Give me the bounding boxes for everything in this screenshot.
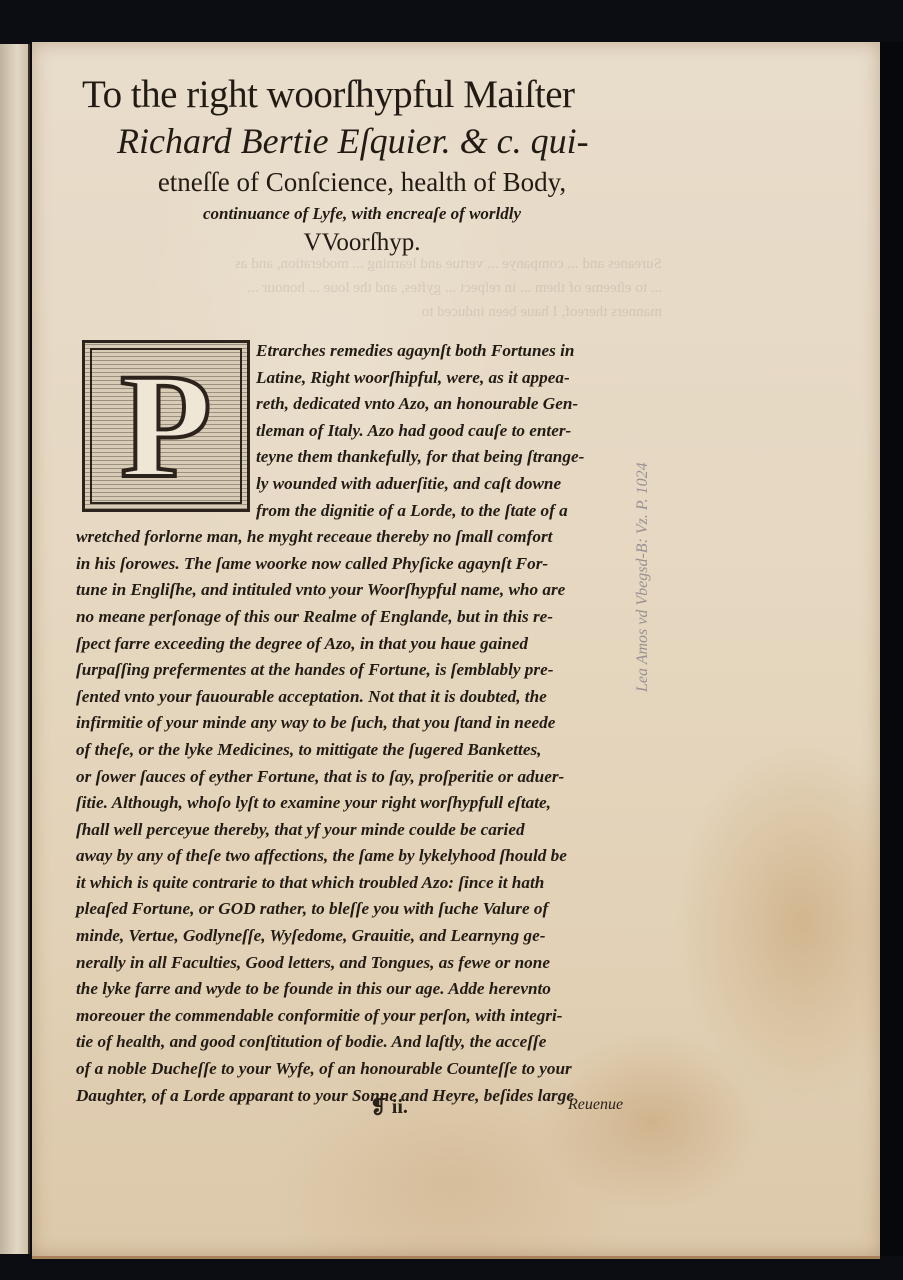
text-line: pleaſed Fortune, or GOD rather, to bleſſ… <box>76 896 636 923</box>
heading-line-4: continuance of Lyfe, with encreaſe of wo… <box>82 200 642 228</box>
text-line: of theſe, or the lyke Medicines, to mitt… <box>76 737 636 764</box>
text-line: teyne them thankefully, for that being ſ… <box>76 444 636 471</box>
text-line: or ſower ſauces of eyther Fortune, that … <box>76 764 636 791</box>
heading-line-1: To the right woorſhypful Maiſter <box>82 72 642 118</box>
show-through-text: Sureanes and ... companye ... vertue and… <box>222 252 662 324</box>
text-line: it which is quite contrarie to that whic… <box>76 870 636 897</box>
text-line: ſhall well perceyue thereby, that yf you… <box>76 817 636 844</box>
background-edge <box>880 42 903 1256</box>
handwritten-margin-annotation: Lea Amos vd Vbegsd-B: Vz. P. 1024 <box>634 222 674 692</box>
heading-line-5: VVoorſhyp. <box>82 228 642 258</box>
text-line: ſented vnto your fauourable acceptation.… <box>76 684 636 711</box>
text-line: the lyke farre and wyde to be founde in … <box>76 976 636 1003</box>
text-line: Latine, Right woorſhipful, were, as it a… <box>76 365 636 392</box>
text-line: moreouer the commendable conformitie of … <box>76 1003 636 1030</box>
text-line: ſurpaſſing prefermentes at the handes of… <box>76 657 636 684</box>
dedication-heading: To the right woorſhypful Maiſter Richard… <box>82 72 642 258</box>
text-line: from the dignitie of a Lorde, to the ſta… <box>76 498 636 525</box>
text-line: ly wounded with aduerſitie, and caſt dow… <box>76 471 636 498</box>
text-line: ſitie. Although, whoſo lyſt to examine y… <box>76 790 636 817</box>
text-line: minde, Vertue, Godlyneſſe, Wyſedome, Gra… <box>76 923 636 950</box>
text-line: no meane perſonage of this our Realme of… <box>76 604 636 631</box>
catchword: Reuenue <box>568 1096 623 1114</box>
text-line: reth, dedicated vnto Azo, an honourable … <box>76 391 636 418</box>
text-line: tie of health, and good conſtitution of … <box>76 1029 636 1056</box>
text-line: Daughter, of a Lorde apparant to your So… <box>76 1083 636 1110</box>
body-text: Etrarches remedies agaynſt both Fortunes… <box>76 338 636 1109</box>
text-line: tleman of Italy. Azo had good cauſe to e… <box>76 418 636 445</box>
text-line: of a noble Ducheſſe to your Wyfe, of an … <box>76 1056 636 1083</box>
adjacent-page-edge <box>0 44 30 1254</box>
text-line: tune in Engliſhe, and intituled vnto you… <box>76 577 636 604</box>
text-line: infirmitie of your minde any way to be ſ… <box>76 710 636 737</box>
text-line: away by any of theſe two affections, the… <box>76 843 636 870</box>
text-line: in his ſorowes. The ſame woorke now call… <box>76 551 636 578</box>
book-page: Sureanes and ... companye ... vertue and… <box>32 42 880 1259</box>
heading-line-2: Richard Bertie Eſquier. & c. qui- <box>117 118 642 164</box>
text-line: ſpect farre exceeding the degree of Azo,… <box>76 631 636 658</box>
heading-line-3: etneſſe of Conſcience, health of Body, <box>82 164 642 200</box>
text-line: nerally in all Faculties, Good letters, … <box>76 950 636 977</box>
text-line: wretched forlorne man, he myght receaue … <box>76 524 636 551</box>
text-line: Etrarches remedies agaynſt both Fortunes… <box>76 338 636 365</box>
signature-mark: ❡ ii. <box>370 1096 408 1118</box>
page-footer: ❡ ii. Reuenue <box>370 1094 408 1119</box>
